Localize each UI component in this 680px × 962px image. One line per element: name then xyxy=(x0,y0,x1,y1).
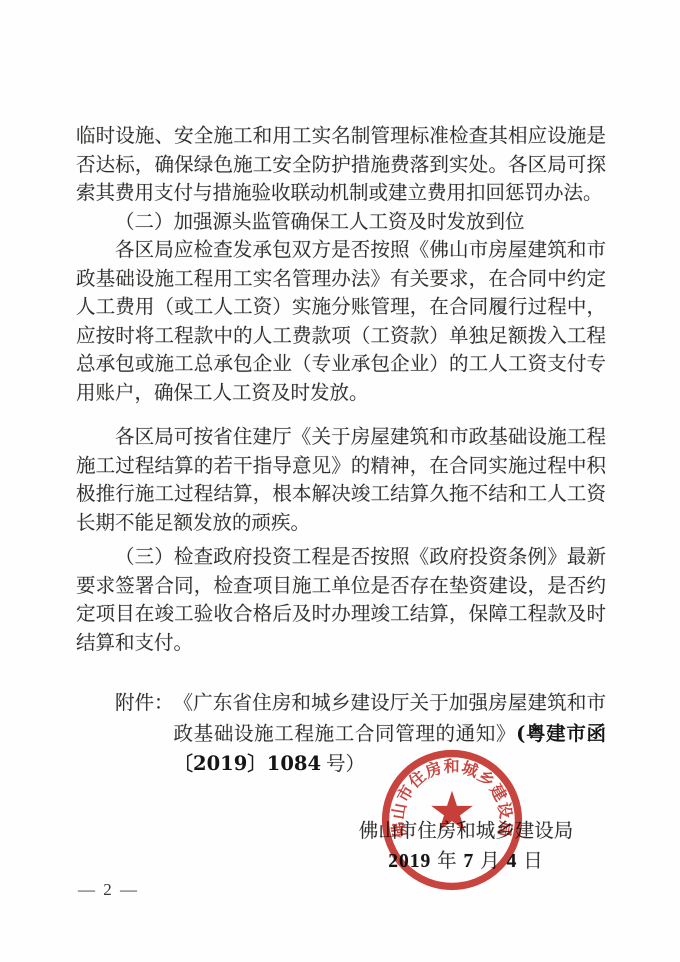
section-heading-two: （二）加强源头监管确保工人工资及时发放到位 xyxy=(76,209,606,238)
official-seal: 佛山市住房和城乡建设局 xyxy=(379,747,525,893)
body-paragraph: 各区局可按省住建厅《关于房屋建筑和市政基础设施工程施工过程结算的若干指导意见》的… xyxy=(76,424,606,538)
attachment-block: 附件： 《广东省住房和城乡建设厅关于加强房屋建筑和市政基础设施工程施工合同管理的… xyxy=(76,689,606,780)
document-content: 临时设施、安全施工和用工实名制管理标准检查其相应设施是否达标，确保绿色施工安全防… xyxy=(0,0,680,877)
page-number: — 2 — xyxy=(78,880,139,900)
attachment-label: 附件： xyxy=(115,689,174,780)
attachment-doc-number-tail: 号） xyxy=(321,754,365,775)
document-page: 临时设施、安全施工和用工实名制管理标准检查其相应设施是否达标，确保绿色施工安全防… xyxy=(0,0,680,962)
body-paragraph: 各区局应检查发承包双方是否按照《佛山市房屋建筑和市政基础设施工程用工实名管理办法… xyxy=(76,237,606,408)
seal-star-icon xyxy=(431,791,473,831)
body-paragraph-continuation: 临时设施、安全施工和用工实名制管理标准检查其相应设施是否达标，确保绿色施工安全防… xyxy=(76,123,606,209)
section-paragraph-three: （三）检查政府投资工程是否按照《政府投资条例》最新要求签署合同，检查项目施工单位… xyxy=(76,544,606,658)
